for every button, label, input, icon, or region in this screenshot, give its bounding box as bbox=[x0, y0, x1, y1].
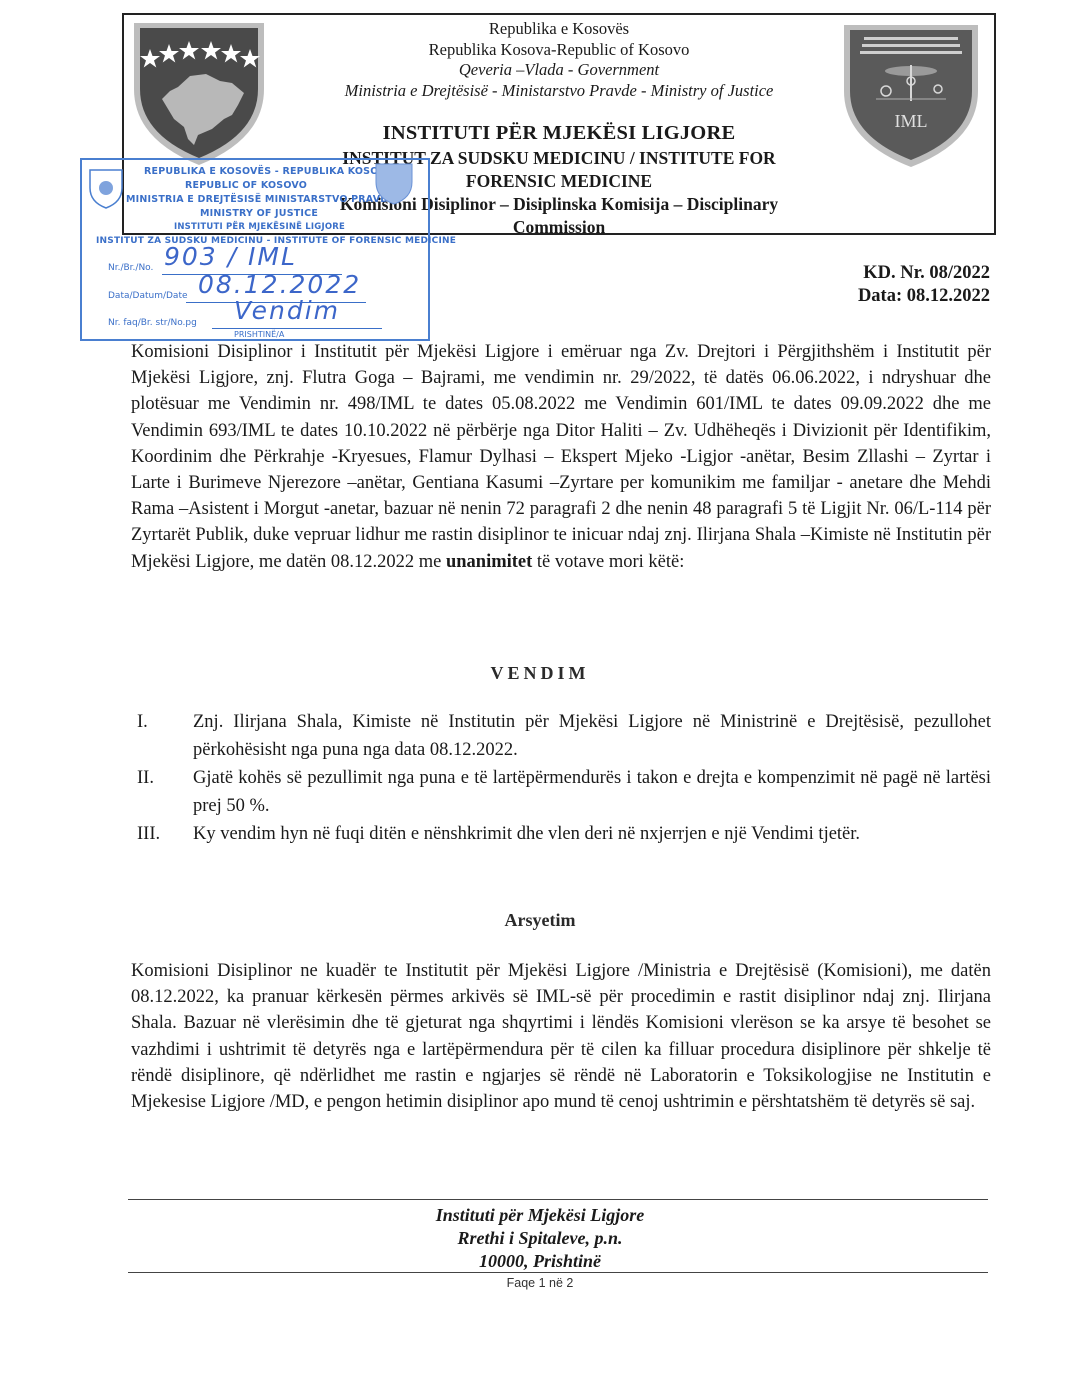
stamp-nr-label: Nr./Br./No. bbox=[108, 263, 153, 273]
intro-text: Komisioni Disiplinor i Institutit për Mj… bbox=[131, 342, 991, 572]
decision-item-number: III. bbox=[137, 820, 177, 848]
registry-stamp: REPUBLIKA E KOSOVËS - REPUBLIKA KOSOVA R… bbox=[80, 158, 430, 341]
footer-institute: Instituti për Mjekësi Ligjore bbox=[0, 1204, 1080, 1227]
footer-top-rule bbox=[128, 1199, 988, 1200]
decision-item-number: II. bbox=[137, 764, 177, 792]
stamp-pages-line bbox=[212, 328, 382, 329]
stamp-iml-emblem-icon bbox=[374, 162, 414, 206]
stamp-line-3: MINISTRIA E DREJTËSISË MINISTARSTVO PRAV… bbox=[126, 194, 395, 205]
stamp-line-5: INSTITUTI PËR MJEKËSINË LIGJORE bbox=[174, 222, 345, 232]
decision-item-text: Gjatë kohës së pezullimit nga puna e të … bbox=[193, 768, 991, 816]
stamp-pages-value: Vendim bbox=[234, 296, 340, 325]
stamp-city: PRISHTINË/A bbox=[234, 330, 284, 339]
decision-item-text: Znj. Ilirjana Shala, Kimiste në Institut… bbox=[193, 712, 991, 760]
intro-paragraph: Komisioni Disiplinor i Institutit për Mj… bbox=[131, 339, 991, 575]
stamp-line-1: REPUBLIKA E KOSOVËS - REPUBLIKA KOSOVA bbox=[144, 166, 393, 177]
reasoning-title: Arsyetim bbox=[0, 910, 1080, 931]
decision-item-text: Ky vendim hyn në fuqi ditën e nënshkrimi… bbox=[193, 824, 860, 844]
decision-item: I. Znj. Ilirjana Shala, Kimiste në Insti… bbox=[131, 708, 991, 764]
footer-address: Instituti për Mjekësi Ligjore Rrethi i S… bbox=[0, 1204, 1080, 1273]
document-number: KD. Nr. 08/2022 bbox=[858, 262, 990, 285]
decision-title: VENDIM bbox=[0, 663, 1080, 684]
footer-street: Rrethi i Spitaleve, p.n. bbox=[0, 1227, 1080, 1250]
stamp-emblem-icon bbox=[88, 168, 124, 210]
document-date: Data: 08.12.2022 bbox=[858, 285, 990, 308]
svg-text:IML: IML bbox=[895, 111, 928, 131]
decision-items: I. Znj. Ilirjana Shala, Kimiste në Insti… bbox=[131, 708, 991, 848]
stamp-date-value: 08.12.2022 bbox=[198, 270, 361, 299]
iml-logo-icon: IML bbox=[836, 19, 986, 169]
footer-city: 10000, Prishtinë bbox=[0, 1250, 1080, 1273]
reasoning-paragraph: Komisioni Disiplinor ne kuadër te Instit… bbox=[131, 958, 991, 1115]
stamp-line-4: MINISTRY OF JUSTICE bbox=[200, 208, 318, 219]
stamp-date-label: Data/Datum/Date bbox=[108, 291, 188, 301]
stamp-pages-label: Nr. faq/Br. str/No.pg bbox=[108, 318, 197, 328]
decision-item: II. Gjatë kohës së pezullimit nga puna e… bbox=[131, 764, 991, 820]
stamp-nr-value: 903 / IML bbox=[164, 242, 297, 271]
intro-bold-unanimity: unanimitet bbox=[446, 552, 532, 572]
intro-text-end: të votave mori këtë: bbox=[537, 552, 684, 572]
decision-item-number: I. bbox=[137, 708, 177, 736]
footer-bottom-rule bbox=[128, 1272, 988, 1273]
page-number: Faqe 1 në 2 bbox=[0, 1276, 1080, 1290]
decision-item: III. Ky vendim hyn në fuqi ditën e nënsh… bbox=[131, 820, 991, 848]
stamp-line-2: REPUBLIC OF KOSOVO bbox=[185, 180, 307, 191]
document-reference: KD. Nr. 08/2022 Data: 08.12.2022 bbox=[858, 262, 990, 308]
